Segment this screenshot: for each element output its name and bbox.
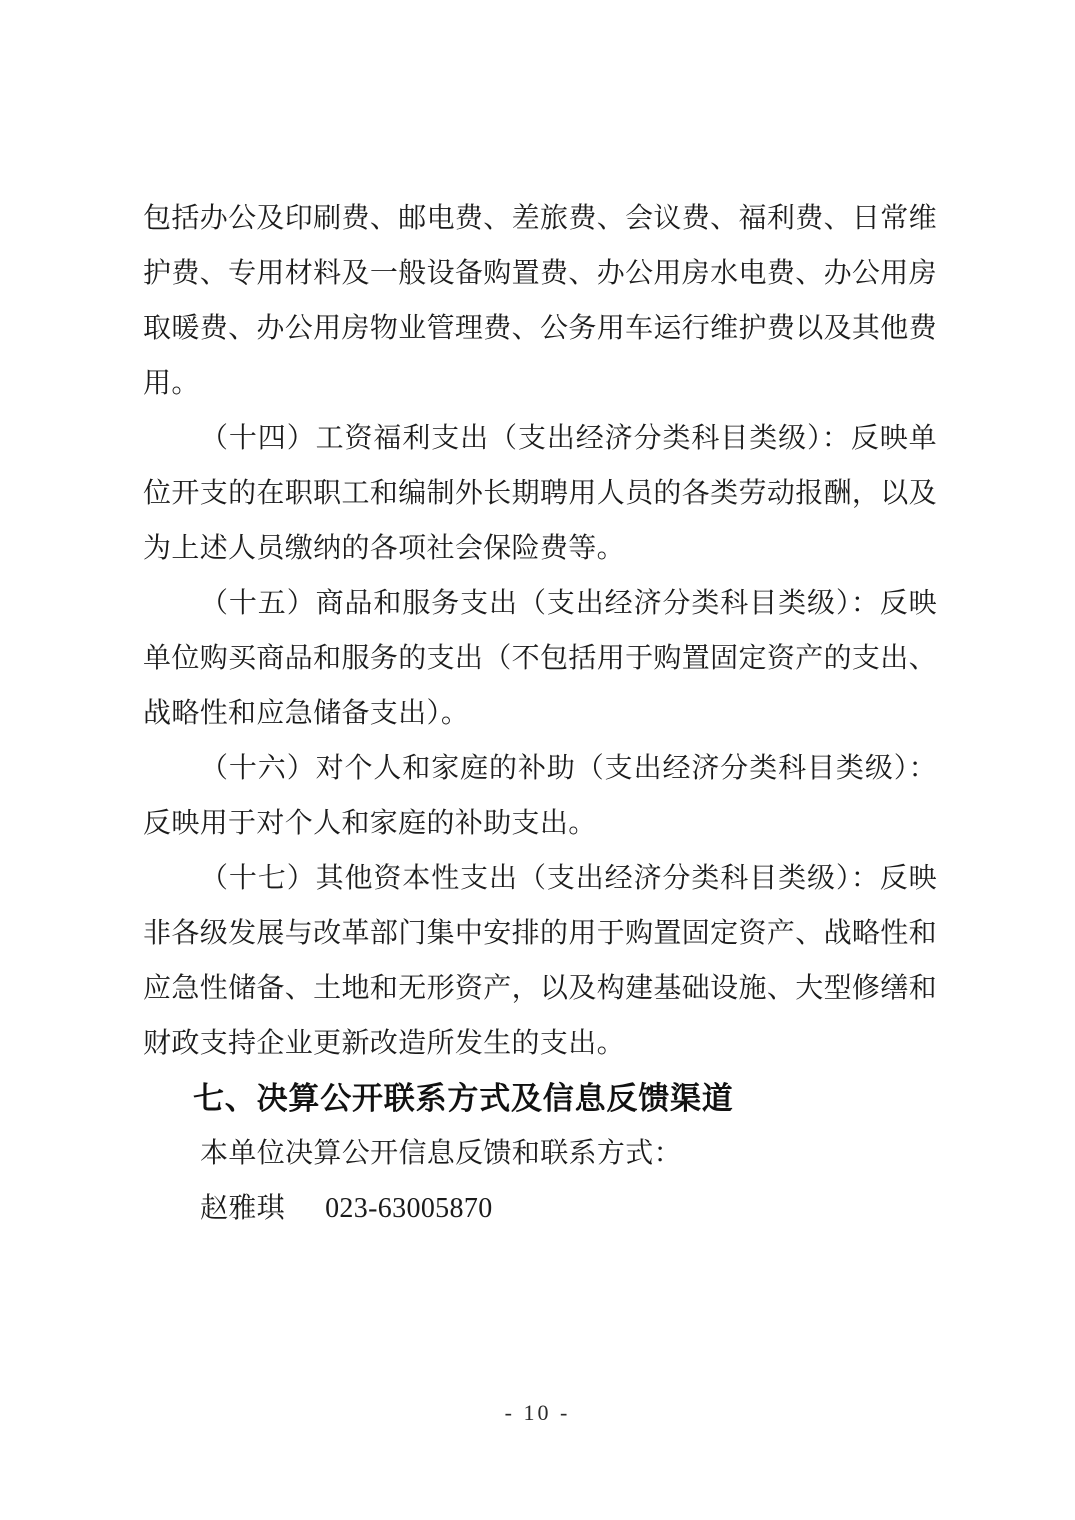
paragraph-item-14-wages-benefits: （十四）工资福利支出（支出经济分类科目类级）：反映单位开支的在职职工和编制外长期… bbox=[143, 411, 937, 576]
paragraph-item-16-individual-family-subsidies: （十六）对个人和家庭的补助（支出经济分类科目类级）：反映用于对个人和家庭的补助支… bbox=[143, 741, 937, 851]
page-number: - 10 - bbox=[505, 1400, 571, 1425]
section-heading-contact-feedback: 七、决算公开联系方式及信息反馈渠道 bbox=[143, 1071, 937, 1126]
paragraph-expense-items-continuation: 包括办公及印刷费、邮电费、差旅费、会议费、福利费、日常维护费、专用材料及一般设备… bbox=[143, 191, 937, 411]
contact-line: 赵雅琪023-63005870 bbox=[143, 1181, 937, 1236]
document-page: 包括办公及印刷费、邮电费、差旅费、会议费、福利费、日常维护费、专用材料及一般设备… bbox=[0, 0, 1075, 1520]
paragraph-item-17-other-capital-expenditure: （十七）其他资本性支出（支出经济分类科目类级）：反映非各级发展与改革部门集中安排… bbox=[143, 851, 937, 1071]
paragraph-contact-intro: 本单位决算公开信息反馈和联系方式： bbox=[143, 1126, 937, 1181]
page-footer: - 10 - bbox=[0, 1400, 1075, 1426]
contact-phone: 023-63005870 bbox=[325, 1193, 493, 1224]
contact-name: 赵雅琪 bbox=[200, 1193, 285, 1224]
paragraph-item-15-goods-services: （十五）商品和服务支出（支出经济分类科目类级）：反映单位购买商品和服务的支出（不… bbox=[143, 576, 937, 741]
document-content: 包括办公及印刷费、邮电费、差旅费、会议费、福利费、日常维护费、专用材料及一般设备… bbox=[143, 191, 937, 1236]
